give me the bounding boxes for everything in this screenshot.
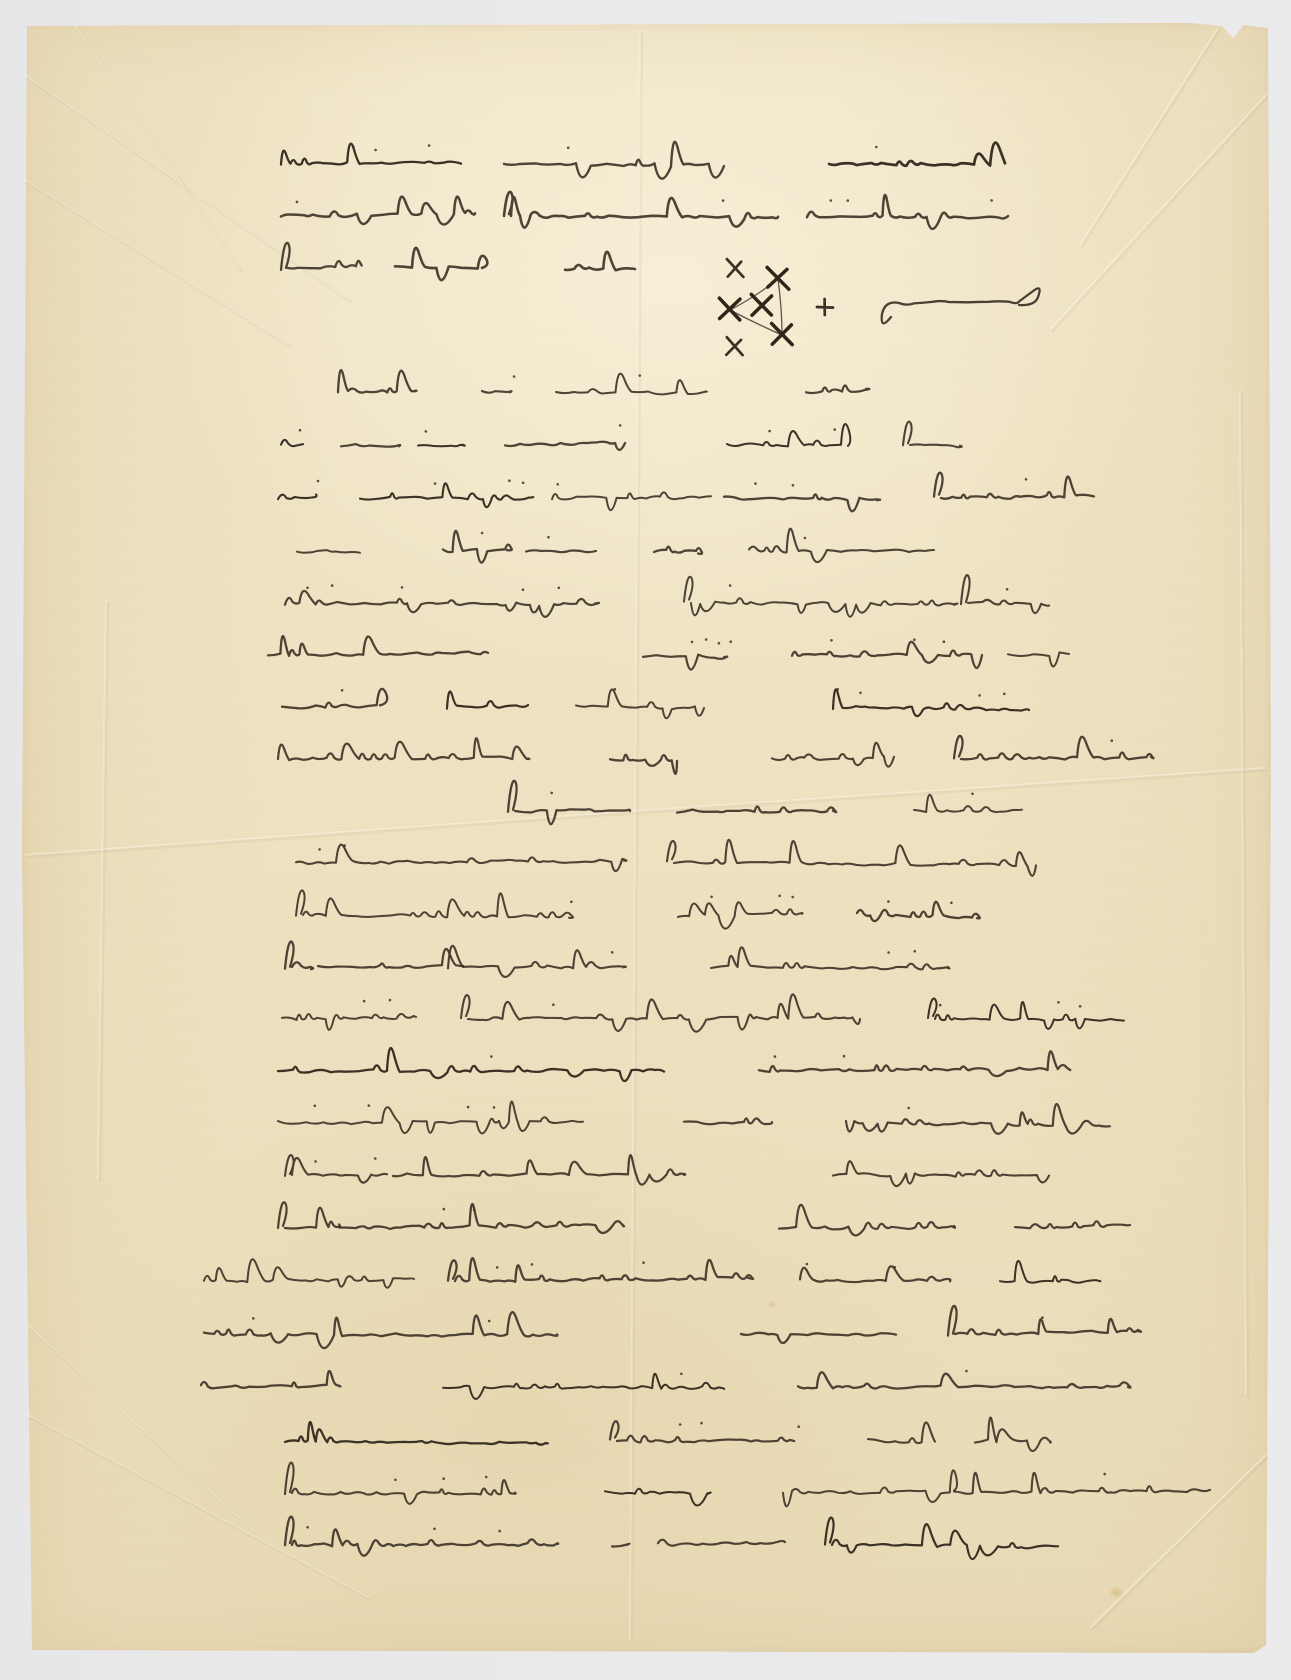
paper-stain: [1108, 1586, 1125, 1599]
letter-paper: [22, 23, 1271, 1653]
scan-backdrop: [0, 0, 1291, 1680]
paper-stain: [766, 1300, 777, 1309]
